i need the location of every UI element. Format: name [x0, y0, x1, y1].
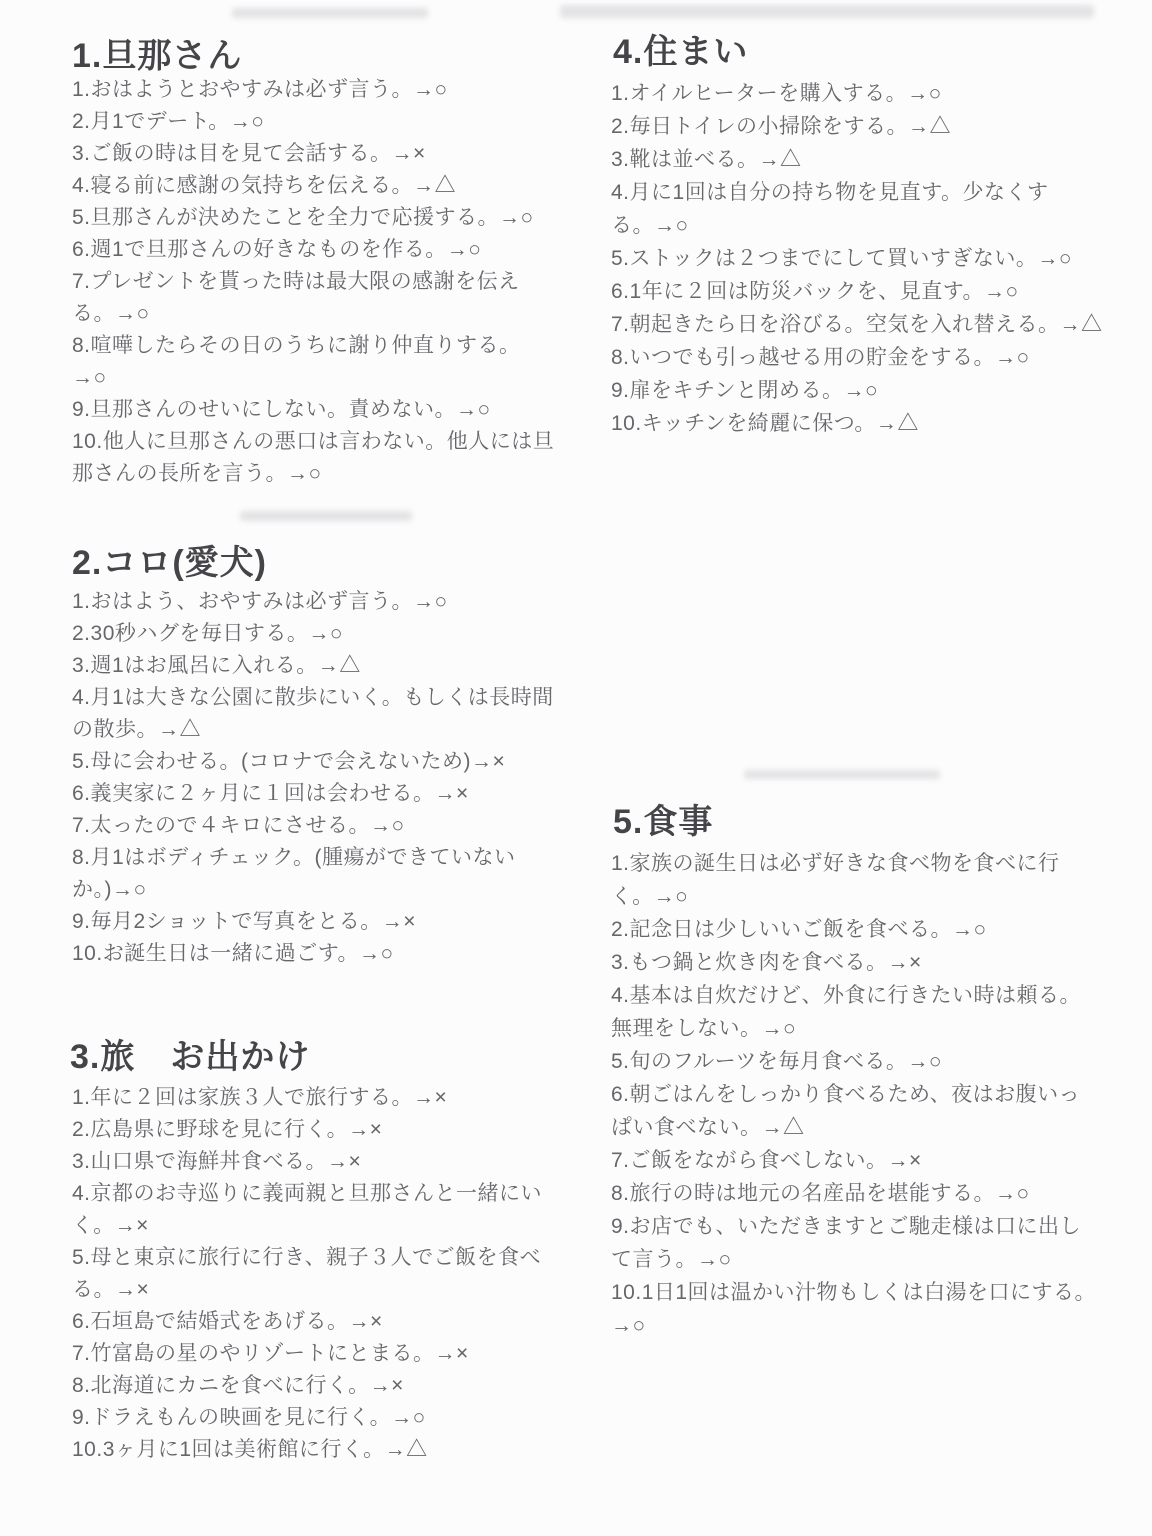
list-item: 10.キッチンを綺麗に保つ。→△ [611, 407, 1138, 440]
list-item: 1.オイルヒーターを購入する。→○ [611, 77, 1138, 110]
list-item: 7.太ったので４キロにさせる。→○ [72, 810, 617, 842]
list-item: 1.おはようとおやすみは必ず言う。→○ [72, 74, 617, 106]
list-item: 9.旦那さんのせいにしない。責めない。→○ [72, 394, 617, 426]
list-item: 8.北海道にカニを食べに行く。→× [72, 1370, 617, 1402]
list-item: 2.月1でデート。→○ [72, 106, 617, 138]
list-item: 1.年に２回は家族３人で旅行する。→× [72, 1082, 617, 1114]
list-item: 5.母と東京に旅行に行き、親子３人でご飯を食べ る。→× [72, 1242, 617, 1306]
list-item: 10.3ヶ月に1回は美術館に行く。→△ [72, 1434, 617, 1466]
section-list-travel: 1.年に２回は家族３人で旅行する。→×2.広島県に野球を見に行く。→×3.山口県… [72, 1082, 617, 1466]
list-item: 2.毎日トイレの小掃除をする。→△ [611, 110, 1138, 143]
list-item: 4.京都のお寺巡りに義両親と旦那さんと一緒にい く。→× [72, 1178, 617, 1242]
list-item: 10.お誕生日は一緒に過ごす。→○ [72, 938, 617, 970]
list-item: 3.靴は並べる。→△ [611, 143, 1138, 176]
list-item: 8.旅行の時は地元の名産品を堪能する。→○ [611, 1177, 1138, 1210]
list-item: 7.朝起きたら日を浴びる。空気を入れ替える。→△ [611, 308, 1138, 341]
blurred-redaction [560, 5, 1094, 18]
list-item: 8.月1はボディチェック。(腫瘍ができていない か。)→○ [72, 842, 617, 906]
list-item: 8.いつでも引っ越せる用の貯金をする。→○ [611, 341, 1138, 374]
list-item: 9.お店でも、いただきますとご馳走様は口に出し て言う。→○ [611, 1210, 1138, 1276]
list-item: 4.月に1回は自分の持ち物を見直す。少なくす る。→○ [611, 176, 1138, 242]
section-title-husband: 1.旦那さん [72, 28, 242, 77]
notes-page: 1.旦那さん 1.おはようとおやすみは必ず言う。→○2.月1でデート。→○3.ご… [0, 0, 1152, 1536]
list-item: 3.週1はお風呂に入れる。→△ [72, 650, 617, 682]
list-item: 10.他人に旦那さんの悪口は言わない。他人には旦 那さんの長所を言う。→○ [72, 426, 617, 490]
blurred-redaction [240, 511, 412, 521]
blurred-redaction [232, 8, 428, 18]
list-item: 5.旦那さんが決めたことを全力で応援する。→○ [72, 202, 617, 234]
list-item: 5.ストックは２つまでにして買いすぎない。→○ [611, 242, 1138, 275]
list-item: 4.基本は自炊だけど、外食に行きたい時は頼る。 無理をしない。→○ [611, 979, 1138, 1045]
list-item: 7.竹富島の星のやリゾートにとまる。→× [72, 1338, 617, 1370]
list-item: 2.広島県に野球を見に行く。→× [72, 1114, 617, 1146]
section-title-travel: 3.旅 お出かけ [70, 1029, 310, 1078]
list-item: 1.おはよう、おやすみは必ず言う。→○ [72, 586, 617, 618]
list-item: 10.1日1回は温かい汁物もしくは白湯を口にする。 →○ [611, 1276, 1138, 1342]
list-item: 1.家族の誕生日は必ず好きな食べ物を食べに行 く。→○ [611, 847, 1138, 913]
list-item: 6.石垣島で結婚式をあげる。→× [72, 1306, 617, 1338]
section-title-meals: 5.食事 [613, 794, 713, 843]
section-title-dog: 2.コロ(愛犬) [72, 535, 267, 584]
section-list-husband: 1.おはようとおやすみは必ず言う。→○2.月1でデート。→○3.ご飯の時は目を見… [72, 74, 617, 490]
list-item: 6.週1で旦那さんの好きなものを作る。→○ [72, 234, 617, 266]
list-item: 3.山口県で海鮮丼食べる。→× [72, 1146, 617, 1178]
blurred-redaction [744, 770, 940, 779]
list-item: 7.ご飯をながら食べしない。→× [611, 1144, 1138, 1177]
list-item: 6.1年に２回は防災バックを、見直す。→○ [611, 275, 1138, 308]
list-item: 9.ドラえもんの映画を見に行く。→○ [72, 1402, 617, 1434]
list-item: 5.母に会わせる。(コロナで会えないため)→× [72, 746, 617, 778]
list-item: 8.喧嘩したらその日のうちに謝り仲直りする。 →○ [72, 330, 617, 394]
list-item: 5.旬のフルーツを毎月食べる。→○ [611, 1045, 1138, 1078]
section-list-dog: 1.おはよう、おやすみは必ず言う。→○2.30秒ハグを毎日する。→○3.週1はお… [72, 586, 617, 970]
list-item: 2.30秒ハグを毎日する。→○ [72, 618, 617, 650]
list-item: 4.月1は大きな公園に散歩にいく。もしくは長時間 の散歩。→△ [72, 682, 617, 746]
section-list-home: 1.オイルヒーターを購入する。→○2.毎日トイレの小掃除をする。→△3.靴は並べ… [611, 77, 1138, 440]
list-item: 6.朝ごはんをしっかり食べるため、夜はお腹いっ ぱい食べない。→△ [611, 1078, 1138, 1144]
list-item: 3.もつ鍋と炊き肉を食べる。→× [611, 946, 1138, 979]
list-item: 2.記念日は少しいいご飯を食べる。→○ [611, 913, 1138, 946]
list-item: 6.義実家に２ヶ月に１回は会わせる。→× [72, 778, 617, 810]
list-item: 9.扉をキチンと閉める。→○ [611, 374, 1138, 407]
list-item: 3.ご飯の時は目を見て会話する。→× [72, 138, 617, 170]
section-title-home: 4.住まい [613, 24, 748, 73]
list-item: 9.毎月2ショットで写真をとる。→× [72, 906, 617, 938]
list-item: 4.寝る前に感謝の気持ちを伝える。→△ [72, 170, 617, 202]
section-list-meals: 1.家族の誕生日は必ず好きな食べ物を食べに行 く。→○2.記念日は少しいいご飯を… [611, 847, 1138, 1342]
list-item: 7.プレゼントを貰った時は最大限の感謝を伝え る。→○ [72, 266, 617, 330]
